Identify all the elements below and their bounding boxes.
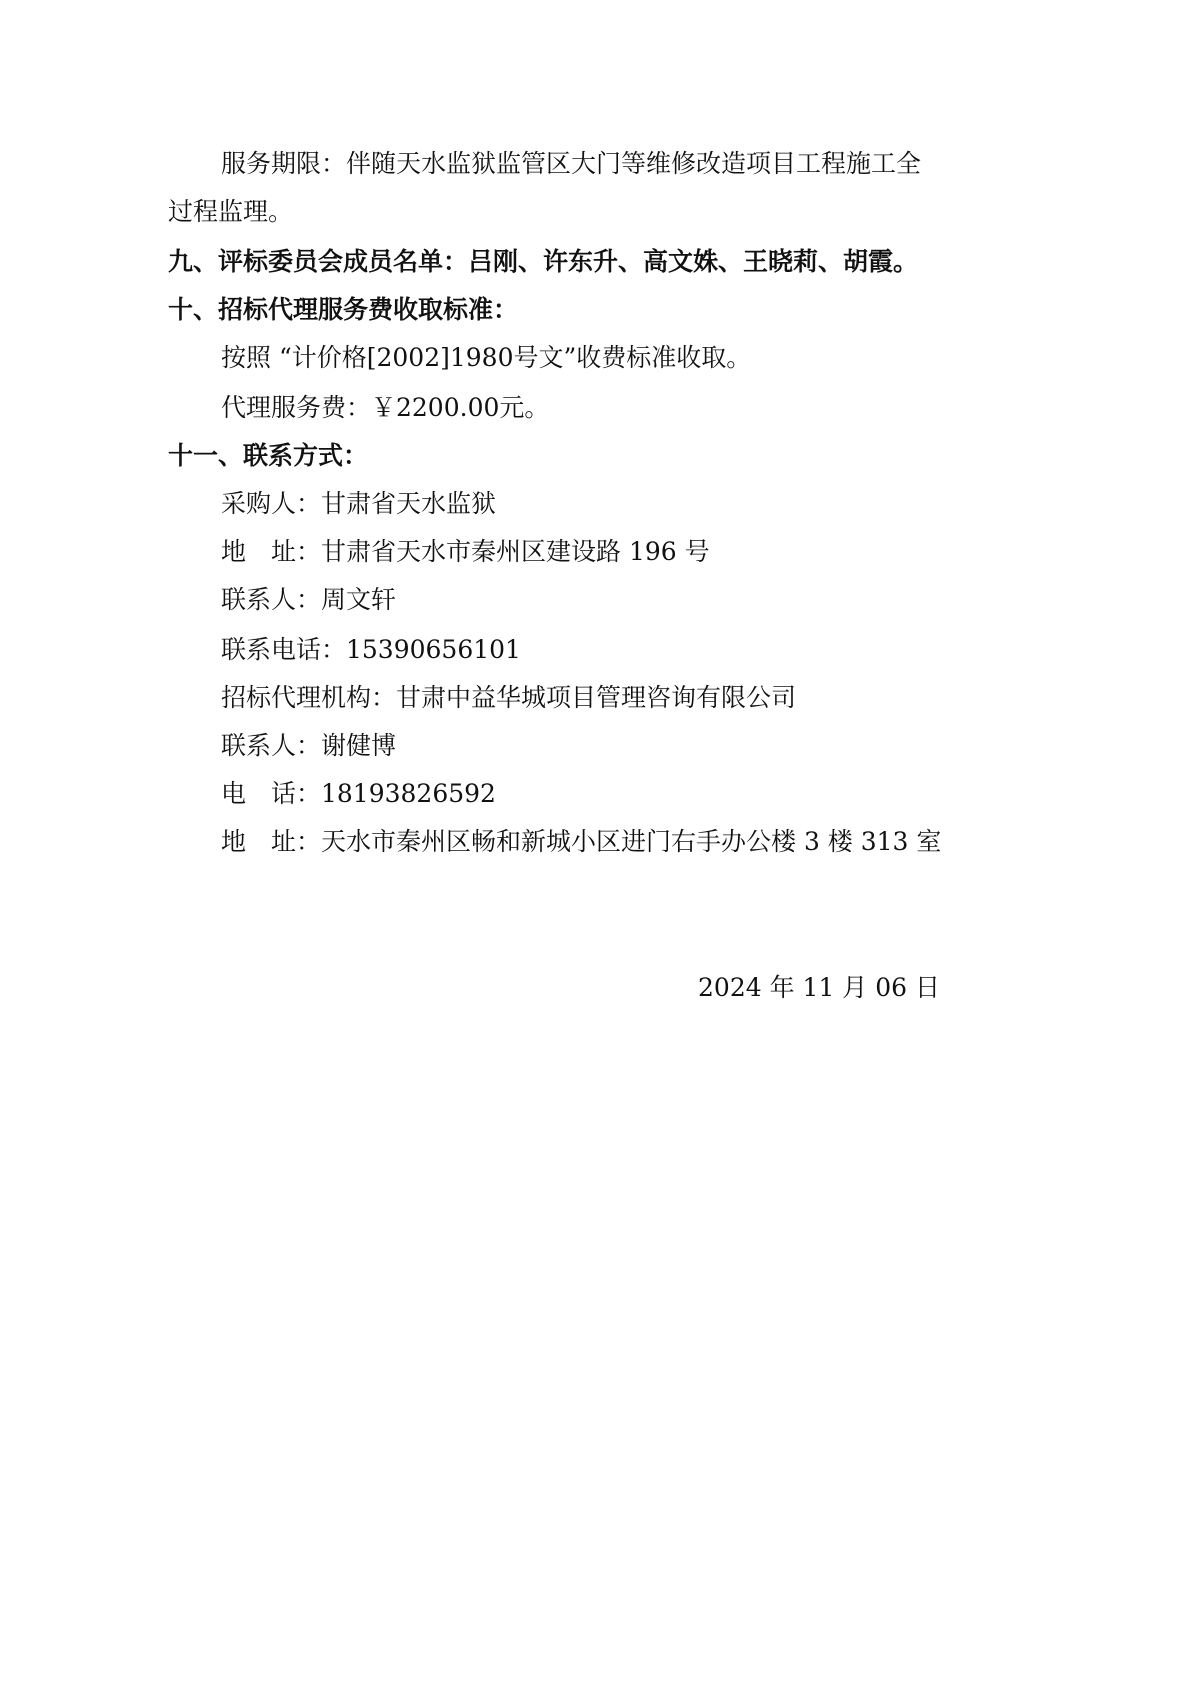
purchaser-address: 地 址：甘肃省天水市秦州区建设路 196 号 [221,536,710,568]
agency-contact: 联系人：谢健博 [221,730,396,762]
agency-phone: 电 话：18193826592 [221,778,496,810]
purchaser-phone: 联系电话：15390656101 [221,634,521,666]
agency-address: 地 址：天水市秦州区畅和新城小区进门右手办公楼 3 楼 313 室 [221,826,941,858]
purchaser: 采购人：甘肃省天水监狱 [221,488,496,520]
fee-amount: 代理服务费：￥2200.00元。 [221,392,549,424]
agency: 招标代理机构：甘肃中益华城项目管理咨询有限公司 [221,682,796,714]
document-date: 2024 年 11 月 06 日 [698,972,940,1004]
service-period-line2: 过程监理。 [168,196,293,228]
fee-basis: 按照 “计价格[2002]1980号文”收费标准收取。 [221,342,751,374]
purchaser-contact: 联系人：周文轩 [221,584,396,616]
section-10-title: 十、招标代理服务费收取标准： [168,294,518,326]
service-period-line1: 服务期限：伴随天水监狱监管区大门等维修改造项目工程施工全 [221,148,921,180]
section-11-title: 十一、联系方式： [168,440,368,472]
section-9-committee: 九、评标委员会成员名单：吕刚、许东升、高文姝、王晓莉、胡霞。 [168,246,918,278]
